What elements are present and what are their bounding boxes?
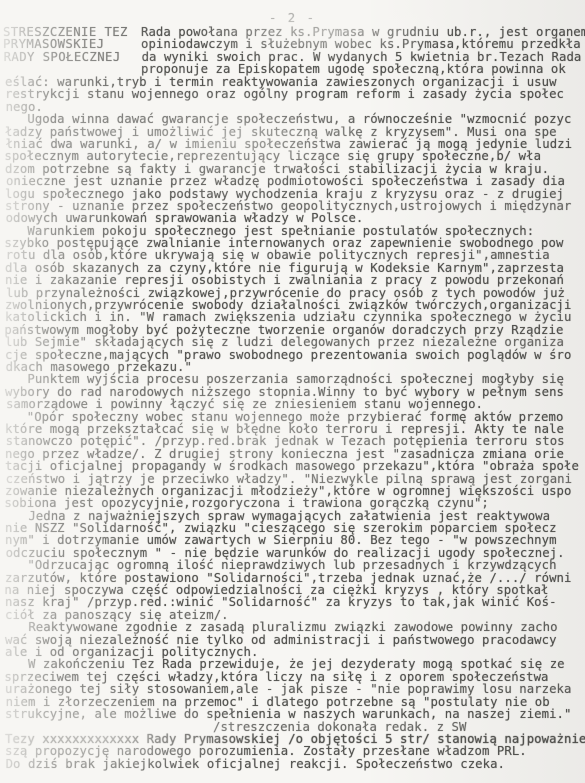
- body-line: stanowczo potępić". /przyp.red.brak jedn…: [6, 435, 585, 447]
- body-line: rotu dla osób,które ukrywają się w obawi…: [6, 249, 585, 261]
- body-line: Ugoda winna dawać gwarancje społeczeństw…: [5, 113, 585, 125]
- body-line: onieczne jest uznanie przez władzę podmi…: [6, 175, 585, 187]
- body-line: nasz kraj" /przyp.red.:winić "Solidarnoś…: [5, 596, 585, 608]
- body-line: odowych uwarunkowań sprawowania władzy w…: [6, 212, 585, 224]
- typewritten-page: - 2 - STRESZCZENIE TEZPRYMASOWSKIEJRADY …: [0, 0, 585, 783]
- body-line: "Odrzucając ogromną ilość nieprawdziwych…: [5, 559, 585, 571]
- page-number: - 2 -: [0, 12, 585, 24]
- intro-line: proponuje za Episkopatem ugodę społeczną…: [141, 63, 585, 75]
- body-line: strukcyjne, ale możliwe do spełnienia w …: [5, 708, 585, 720]
- closing-paragraph: Tezy xxxxxxxxxxxxx Rady Prymasowskiej /o…: [5, 733, 585, 770]
- body-line: Reaktywowane zgodnie z zasadą pluralizmu…: [6, 621, 585, 633]
- body-text: eślać: warunki,tryb i termin reaktywowan…: [5, 76, 585, 720]
- body-line: nie i zakazanie represji osobistych i zw…: [5, 274, 585, 286]
- header-row: STRESZCZENIE TEZPRYMASOWSKIEJRADY SPOŁEC…: [6, 26, 583, 76]
- body-line: lub Sejmie" składających się z ludzi del…: [5, 336, 585, 348]
- body-line: restrykcji stanu wojennego oraz ogólny p…: [5, 88, 585, 100]
- document-title-block: STRESZCZENIE TEZPRYMASOWSKIEJRADY SPOŁEC…: [3, 26, 141, 76]
- intro-paragraph: Rada powołana przez ks.Prymasa w grudniu…: [141, 26, 585, 76]
- body-line: Punktem wyjścia procesu poszerzania samo…: [5, 373, 585, 385]
- document-title-line: RADY SPOŁECZNEJ: [4, 51, 142, 63]
- body-line: społecznym autorytecie,reprezentujący li…: [4, 150, 584, 162]
- closing-line: Do dziś brak jakiejkolwiek oficjalnej re…: [6, 758, 585, 770]
- body-line: sobiona jest opozycyjnie,rozgoryczona i …: [4, 497, 584, 509]
